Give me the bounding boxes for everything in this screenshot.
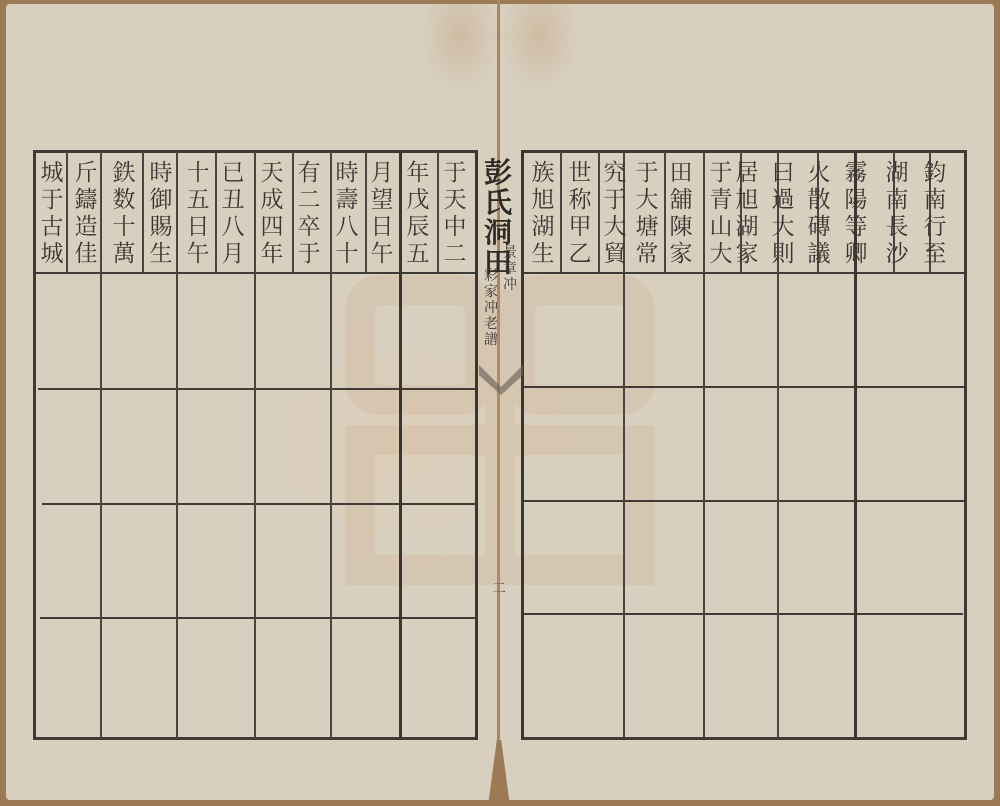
text-char: 城 bbox=[41, 160, 64, 187]
text-char: 大 bbox=[772, 214, 795, 241]
left-divider-top bbox=[215, 152, 217, 272]
text-char: 日 bbox=[371, 214, 394, 241]
text-char: 十 bbox=[113, 214, 136, 241]
text-char: 鑄 bbox=[75, 187, 98, 214]
text-char: 大 bbox=[636, 187, 659, 214]
subtitle-char: 譜 bbox=[484, 332, 498, 348]
register-line-1-left bbox=[36, 272, 476, 274]
text-column: 時御賜生 bbox=[147, 160, 175, 268]
text-column: 霧陽等卿 bbox=[842, 160, 870, 268]
text-char: 丑 bbox=[222, 187, 245, 214]
text-column: 有二卒于 bbox=[295, 160, 323, 268]
register-line-2-right bbox=[523, 386, 965, 388]
text-char: 至 bbox=[924, 241, 947, 268]
text-column: 年戊辰五 bbox=[404, 160, 432, 268]
text-char: 午 bbox=[371, 241, 394, 268]
right-divider bbox=[703, 152, 705, 738]
text-char: 二 bbox=[444, 241, 467, 268]
text-char: 八 bbox=[222, 214, 245, 241]
text-char: 過 bbox=[772, 187, 795, 214]
right-divider-top bbox=[598, 152, 600, 272]
text-char: 午 bbox=[187, 241, 210, 268]
text-char: 佳 bbox=[75, 241, 98, 268]
text-char: 家 bbox=[736, 241, 759, 268]
text-char: 数 bbox=[113, 187, 136, 214]
text-column: 究于大貿 bbox=[601, 160, 629, 268]
text-char: 旭 bbox=[532, 187, 555, 214]
text-column: 居旭湖家 bbox=[733, 160, 761, 268]
text-char: 于 bbox=[41, 187, 64, 214]
text-char: 大 bbox=[604, 214, 627, 241]
text-char: 十 bbox=[187, 160, 210, 187]
text-char: 則 bbox=[772, 241, 795, 268]
right-divider-top bbox=[664, 152, 666, 272]
text-char: 月 bbox=[371, 160, 394, 187]
text-column: 城于古城 bbox=[38, 160, 66, 268]
subtitle-char: 彩 bbox=[484, 268, 498, 284]
text-char: 曰 bbox=[772, 160, 795, 187]
text-column: 時壽八十 bbox=[333, 160, 361, 268]
title-char: 洞 bbox=[484, 218, 512, 248]
text-column: 火散磚議 bbox=[805, 160, 833, 268]
left-divider-top bbox=[365, 152, 367, 272]
text-char: 天 bbox=[444, 187, 467, 214]
text-column: 于青山大 bbox=[707, 160, 735, 268]
left-divider-top bbox=[292, 152, 294, 272]
text-char: 年 bbox=[261, 241, 284, 268]
text-char: 十 bbox=[336, 241, 359, 268]
text-column: 田舖陳家 bbox=[667, 160, 695, 268]
text-char: 火 bbox=[808, 160, 831, 187]
left-divider bbox=[176, 152, 178, 738]
text-column: 鉄数十萬 bbox=[110, 160, 138, 268]
text-char: 称 bbox=[569, 187, 592, 214]
text-char: 于 bbox=[604, 187, 627, 214]
text-column: 曰過大則 bbox=[769, 160, 797, 268]
text-char: 有 bbox=[298, 160, 321, 187]
text-column: 已丑八月 bbox=[219, 160, 247, 268]
text-column: 湖南長沙 bbox=[883, 160, 911, 268]
text-char: 旭 bbox=[736, 187, 759, 214]
page-number: 二 bbox=[489, 578, 509, 598]
center-subtitle-left: 彩 家 冲 老 譜 bbox=[484, 268, 498, 348]
text-char: 舖 bbox=[670, 187, 693, 214]
text-char: 四 bbox=[261, 214, 284, 241]
center-column-border-right bbox=[521, 150, 524, 740]
text-char: 于 bbox=[710, 160, 733, 187]
text-char: 于 bbox=[444, 160, 467, 187]
text-char: 湖 bbox=[736, 214, 759, 241]
register-line-3-right bbox=[523, 500, 965, 502]
register-line-2-left bbox=[38, 388, 476, 390]
text-char: 萬 bbox=[113, 241, 136, 268]
text-char: 常 bbox=[636, 241, 659, 268]
text-char: 南 bbox=[924, 187, 947, 214]
text-char: 天 bbox=[261, 160, 284, 187]
left-divider bbox=[100, 152, 102, 738]
text-char: 造 bbox=[75, 214, 98, 241]
text-char: 田 bbox=[670, 160, 693, 187]
text-char: 卿 bbox=[845, 241, 868, 268]
text-char: 南 bbox=[886, 187, 909, 214]
subtitle-char: 章 bbox=[503, 261, 517, 277]
text-char: 陽 bbox=[845, 187, 868, 214]
text-char: 陳 bbox=[670, 214, 693, 241]
title-char: 彭 bbox=[484, 158, 512, 188]
text-column: 十五日午 bbox=[184, 160, 212, 268]
subtitle-char: 景 bbox=[503, 245, 517, 261]
text-char: 磚 bbox=[808, 214, 831, 241]
text-char: 行 bbox=[924, 214, 947, 241]
register-line-4-right bbox=[523, 613, 963, 615]
text-column: 世称甲乙 bbox=[566, 160, 594, 268]
text-char: 湖 bbox=[886, 160, 909, 187]
text-char: 卒 bbox=[298, 214, 321, 241]
text-char: 山 bbox=[710, 214, 733, 241]
title-char: 氏 bbox=[484, 188, 512, 218]
text-char: 辰 bbox=[407, 214, 430, 241]
text-char: 于 bbox=[298, 241, 321, 268]
text-char: 城 bbox=[41, 241, 64, 268]
text-char: 二 bbox=[298, 187, 321, 214]
fish-tail-mark-icon bbox=[479, 365, 523, 395]
right-divider-top bbox=[560, 152, 562, 272]
text-char: 月 bbox=[222, 241, 245, 268]
text-char: 塘 bbox=[636, 214, 659, 241]
subtitle-char: 冲 bbox=[503, 277, 517, 293]
text-char: 世 bbox=[569, 160, 592, 187]
text-char: 甲 bbox=[569, 214, 592, 241]
left-divider-top bbox=[142, 152, 144, 272]
text-char: 鉄 bbox=[113, 160, 136, 187]
register-line-4-left bbox=[40, 617, 476, 619]
center-subtitle-right: 景 章 冲 bbox=[503, 245, 517, 293]
subtitle-char: 家 bbox=[484, 284, 498, 300]
text-column: 族旭湖生 bbox=[529, 160, 557, 268]
text-char: 沙 bbox=[886, 241, 909, 268]
text-char: 等 bbox=[845, 214, 868, 241]
text-column: 于天中二 bbox=[441, 160, 469, 268]
left-divider bbox=[399, 152, 402, 738]
subtitle-char: 冲 bbox=[484, 300, 498, 316]
text-char: 年 bbox=[407, 160, 430, 187]
text-char: 長 bbox=[886, 214, 909, 241]
text-char: 成 bbox=[261, 187, 284, 214]
left-divider-top bbox=[66, 152, 68, 272]
text-char: 家 bbox=[670, 241, 693, 268]
text-char: 究 bbox=[604, 160, 627, 187]
subtitle-char: 老 bbox=[484, 316, 498, 332]
text-char: 居 bbox=[736, 160, 759, 187]
text-char: 五 bbox=[407, 241, 430, 268]
text-column: 鈞南行至 bbox=[921, 160, 949, 268]
text-char: 戊 bbox=[407, 187, 430, 214]
text-column: 斤鑄造佳 bbox=[72, 160, 100, 268]
text-char: 壽 bbox=[336, 187, 359, 214]
left-divider bbox=[330, 152, 332, 738]
text-char: 生 bbox=[150, 241, 173, 268]
text-char: 中 bbox=[444, 214, 467, 241]
center-column-border-left bbox=[475, 150, 478, 740]
text-char: 時 bbox=[336, 160, 359, 187]
text-char: 乙 bbox=[569, 241, 592, 268]
text-char: 霧 bbox=[845, 160, 868, 187]
register-line-3-left bbox=[42, 503, 476, 505]
text-column: 于大塘常 bbox=[633, 160, 661, 268]
text-char: 生 bbox=[532, 241, 555, 268]
left-divider-top bbox=[437, 152, 439, 272]
text-char: 散 bbox=[808, 187, 831, 214]
text-char: 八 bbox=[336, 214, 359, 241]
text-char: 族 bbox=[532, 160, 555, 187]
text-char: 湖 bbox=[532, 214, 555, 241]
text-char: 于 bbox=[636, 160, 659, 187]
text-char: 議 bbox=[808, 241, 831, 268]
text-char: 御 bbox=[150, 187, 173, 214]
text-char: 大 bbox=[710, 241, 733, 268]
text-char: 五 bbox=[187, 187, 210, 214]
text-char: 望 bbox=[371, 187, 394, 214]
text-char: 古 bbox=[41, 214, 64, 241]
text-column: 天成四年 bbox=[258, 160, 286, 268]
register-line-1-right bbox=[523, 272, 965, 274]
text-char: 日 bbox=[187, 214, 210, 241]
text-char: 貿 bbox=[604, 241, 627, 268]
text-char: 時 bbox=[150, 160, 173, 187]
text-column: 月望日午 bbox=[368, 160, 396, 268]
text-char: 青 bbox=[710, 187, 733, 214]
text-char: 已 bbox=[222, 160, 245, 187]
text-char: 鈞 bbox=[924, 160, 947, 187]
text-char: 賜 bbox=[150, 214, 173, 241]
left-divider bbox=[254, 152, 256, 738]
text-char: 斤 bbox=[75, 160, 98, 187]
